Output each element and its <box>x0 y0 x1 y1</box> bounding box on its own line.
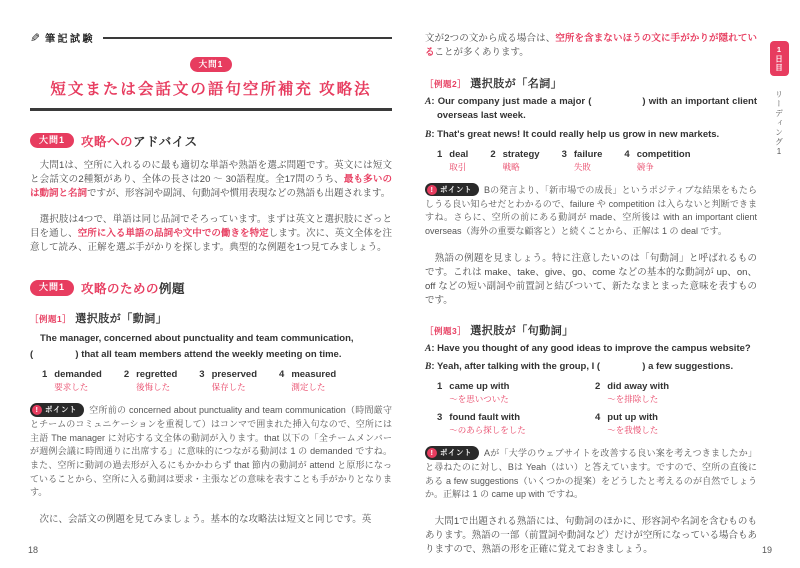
option-translation: 〜を思いついた <box>449 394 509 404</box>
exclamation-icon: ! <box>32 405 42 415</box>
option-english: came up with <box>449 381 509 393</box>
option-number: 1 <box>437 149 442 160</box>
option-english: failure <box>574 149 603 161</box>
example-header: 例題2 選択肢が「名詞」 <box>425 75 757 91</box>
example-block-1: 例題1 選択肢が「動詞」 The manager, concerned abou… <box>30 310 392 500</box>
example-header: 例題3 選択肢が「句動詞」 <box>425 322 757 338</box>
point-badge: !ポイント <box>425 183 479 196</box>
option-translation: 戦略 <box>503 162 540 172</box>
example-header: 例題1 選択肢が「動詞」 <box>30 310 392 326</box>
point-badge: !ポイント <box>425 446 479 459</box>
option-translation: 保存した <box>212 382 257 392</box>
answer-option: 2did away with〜を排除した <box>595 381 753 404</box>
option-translation: 取引 <box>449 162 468 172</box>
example-label: 例題1 <box>30 313 71 325</box>
answer-option: 3preserved保存した <box>199 369 257 392</box>
option-english: competition <box>637 149 691 161</box>
point-badge: !ポイント <box>30 403 84 416</box>
page-left: ✎ 筆記試験 大問1 短文または会話文の語句空所補充 攻略法 大問1 攻略へのア… <box>30 0 392 527</box>
section-heading-advice: 大問1 攻略へのアドバイス <box>30 132 392 150</box>
option-translation: 〜のあら探しをした <box>449 425 526 435</box>
answer-option: 3failure失敗 <box>562 149 603 172</box>
dialogue-line-a: A: Have you thought of any good ideas to… <box>425 342 757 356</box>
example-heading: 選択肢が「句動詞」 <box>470 322 574 338</box>
section-heading-text: 攻略のための例題 <box>81 279 185 297</box>
body-paragraph: 大問1は、空所に入れるのに最も適切な単語や熟語を選ぶ問題です。英文には短文と会話… <box>30 159 392 201</box>
answer-options: 1deal取引2strategy戦略3failure失敗4competition… <box>425 149 757 172</box>
body-paragraph: 次に、会話文の例題を見てみましょう。基本的な攻略法は短文と同じです。英 <box>30 513 392 527</box>
option-number: 4 <box>624 149 629 160</box>
answer-option: 4competition競争 <box>624 149 690 172</box>
answer-option: 1deal取引 <box>437 149 468 172</box>
section-kicker-label: 筆記試験 <box>45 30 95 45</box>
option-number: 3 <box>437 412 442 423</box>
section-heading-text: 攻略へのアドバイス <box>81 132 198 150</box>
option-english: demanded <box>54 369 102 381</box>
option-translation: 後悔した <box>136 382 177 392</box>
page-number-right: 19 <box>762 545 772 555</box>
option-number: 2 <box>124 369 129 380</box>
point-note: !ポイントAが「大学のウェブサイトを改善する良い案を考えつきましたか」と尋ねたの… <box>425 446 757 502</box>
body-paragraph: 大問1で出題される熟語には、句動詞のほかに、形容詞や名詞を含むものもあります。熟… <box>425 515 757 557</box>
question-sentence: ( ) that all team members attend the wee… <box>30 348 392 362</box>
sidebar-tab: 1日目 リーディング1 <box>767 41 791 163</box>
option-english: measured <box>291 369 336 381</box>
answer-option: 2regretted後悔した <box>124 369 177 392</box>
section-badge: 大問1 <box>30 133 74 149</box>
section-badge: 大問1 <box>30 280 74 296</box>
exclamation-icon: ! <box>427 185 437 195</box>
option-translation: 〜を我慢した <box>607 425 658 435</box>
option-number: 2 <box>595 381 600 392</box>
day-badge: 1日目 <box>770 41 789 76</box>
option-english: deal <box>449 149 468 161</box>
answer-option: 2strategy戦略 <box>490 149 539 172</box>
option-number: 4 <box>595 412 600 423</box>
section-heading-examples: 大問1 攻略のための例題 <box>30 279 392 297</box>
chapter-title-badge: 大問1 <box>190 57 233 72</box>
example-heading: 選択肢が「動詞」 <box>75 310 167 326</box>
example-block-2: 例題2 選択肢が「名詞」 A: Our company just made a … <box>425 75 757 239</box>
option-english: did away with <box>607 381 669 393</box>
example-label: 例題2 <box>425 78 466 90</box>
exclamation-icon: ! <box>427 448 437 458</box>
example-heading: 選択肢が「名詞」 <box>470 75 562 91</box>
answer-option: 3found fault with〜のあら探しをした <box>437 412 595 435</box>
body-paragraph: 選択肢は4つで、単語は同じ品詞でそろっています。まずは英文と選択肢にざっと目を通… <box>30 213 392 255</box>
answer-option: 4measured測定した <box>279 369 336 392</box>
answer-options: 1came up with〜を思いついた2did away with〜を排除した… <box>425 381 757 435</box>
option-english: found fault with <box>449 412 526 424</box>
point-note: !ポイント空所前の concerned about punctuality an… <box>30 403 392 500</box>
answer-option: 1came up with〜を思いついた <box>437 381 595 404</box>
body-paragraph: 文が2つの文から成る場合は、空所を含まないほうの文に手がかりが隠れていることが多… <box>425 32 757 60</box>
option-number: 1 <box>437 381 442 392</box>
option-translation: 要求した <box>54 382 102 392</box>
option-translation: 測定した <box>291 382 336 392</box>
point-text: 空所前の concerned about punctuality and tea… <box>30 405 392 497</box>
page-number-left: 18 <box>28 545 38 555</box>
answer-option: 4put up with〜を我慢した <box>595 412 753 435</box>
option-number: 4 <box>279 369 284 380</box>
section-kicker-row: ✎ 筆記試験 <box>30 30 392 45</box>
chapter-title: 短文または会話文の語句空所補充 攻略法 <box>30 77 392 99</box>
option-number: 1 <box>42 369 47 380</box>
book-spread: ✎ 筆記試験 大問1 短文または会話文の語句空所補充 攻略法 大問1 攻略へのア… <box>0 0 800 568</box>
option-english: preserved <box>212 369 257 381</box>
option-translation: 競争 <box>637 162 691 172</box>
answer-option: 1demanded要求した <box>42 369 102 392</box>
example-label: 例題3 <box>425 325 466 337</box>
dialogue-line-a: A: Our company just made a major ( ) wit… <box>425 95 757 124</box>
option-english: put up with <box>607 412 658 424</box>
option-translation: 失敗 <box>574 162 603 172</box>
kicker-rule <box>103 37 392 39</box>
option-translation: 〜を排除した <box>607 394 669 404</box>
option-english: strategy <box>503 149 540 161</box>
answer-options: 1demanded要求した2regretted後悔した3preserved保存し… <box>30 369 392 392</box>
point-note: !ポイントBの発言より、「新市場での成長」というポジティブな結果をもたらしうる良… <box>425 183 757 239</box>
page-right: 文が2つの文から成る場合は、空所を含まないほうの文に手がかりが隠れていることが多… <box>425 0 757 557</box>
chapter-title-block: 大問1 短文または会話文の語句空所補充 攻略法 <box>30 54 392 99</box>
dialogue-line-b: B: That's great news! It could really he… <box>425 128 757 142</box>
pencil-icon: ✎ <box>30 32 40 44</box>
option-number: 3 <box>199 369 204 380</box>
example-block-3: 例題3 選択肢が「句動詞」 A: Have you thought of any… <box>425 322 757 502</box>
title-rule <box>30 108 392 111</box>
question-sentence: The manager, concerned about punctuality… <box>30 332 392 346</box>
option-number: 3 <box>562 149 567 160</box>
option-english: regretted <box>136 369 177 381</box>
option-number: 2 <box>490 149 495 160</box>
dialogue-line-b: B: Yeah, after talking with the group, I… <box>425 360 757 374</box>
body-paragraph: 熟語の例題を見ましょう。特に注意したいのは「句動詞」と呼ばれるものです。これは … <box>425 252 757 308</box>
tab-section-label: リーディング1 <box>774 90 785 158</box>
